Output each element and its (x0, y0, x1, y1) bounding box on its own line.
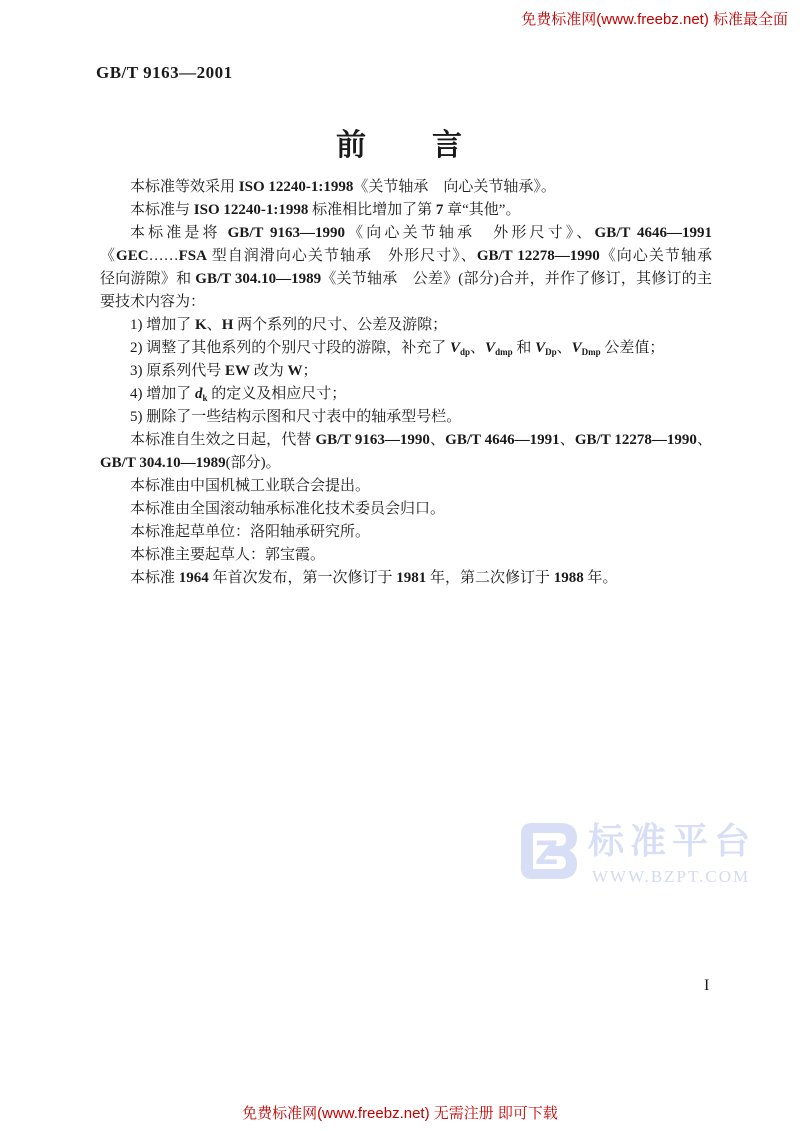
bottom-promo-banner: 免费标准网(www.freebz.net) 无需注册 即可下载 (0, 1102, 800, 1123)
page-title: 前 言 (0, 120, 800, 164)
foreword-paragraph: 本标准是将 GB/T 9163—1990《向心关节轴承 外形尺寸》、GB/T 4… (100, 222, 712, 314)
foreword-paragraph: 本标准起草单位：洛阳轴承研究所。 (100, 521, 712, 544)
foreword-paragraph: 本标准 1964 年首次发布，第一次修订于 1981 年，第二次修订于 1988… (100, 567, 712, 590)
foreword-paragraph: 4) 增加了 dk 的定义及相应尺寸； (100, 383, 712, 406)
foreword-paragraph: 本标准自生效之日起，代替 GB/T 9163—1990、GB/T 4646—19… (100, 429, 712, 475)
top-promo-banner: 免费标准网(www.freebz.net) 标准最全面 (521, 8, 788, 29)
foreword-paragraph: 本标准等效采用 ISO 12240-1:1998《关节轴承 向心关节轴承》。 (100, 176, 712, 199)
watermark-text: 标准平台 WWW.BZPT.COM (588, 820, 756, 888)
foreword-paragraph: 3) 原系列代号 EW 改为 W； (100, 360, 712, 383)
foreword-paragraph: 1) 增加了 K、H 两个系列的尺寸、公差及游隙； (100, 314, 712, 337)
svg-text:Z: Z (535, 834, 558, 872)
foreword-paragraph: 本标准由中国机械工业联合会提出。 (100, 475, 712, 498)
document-page: 免费标准网(www.freebz.net) 标准最全面 GB/T 9163—20… (0, 0, 800, 1131)
watermark-url: WWW.BZPT.COM (592, 866, 756, 888)
foreword-body: 本标准等效采用 ISO 12240-1:1998《关节轴承 向心关节轴承》。本标… (100, 176, 712, 590)
bzpt-logo-icon: Z (518, 820, 580, 887)
foreword-paragraph: 本标准由全国滚动轴承标准化技术委员会归口。 (100, 498, 712, 521)
foreword-paragraph: 本标准主要起草人：郭宝霞。 (100, 544, 712, 567)
watermark-brand: 标准平台 (588, 820, 756, 862)
foreword-paragraph: 本标准与 ISO 12240-1:1998 标准相比增加了第 7 章“其他”。 (100, 199, 712, 222)
watermark: Z 标准平台 WWW.BZPT.COM (518, 820, 756, 888)
standard-code: GB/T 9163—2001 (96, 63, 233, 83)
foreword-paragraph: 5) 删除了一些结构示图和尺寸表中的轴承型号栏。 (100, 406, 712, 429)
page-number: I (704, 977, 709, 995)
foreword-paragraph: 2) 调整了其他系列的个别尺寸段的游隙，补充了 Vdp、Vdmp 和 VDp、V… (100, 337, 712, 360)
